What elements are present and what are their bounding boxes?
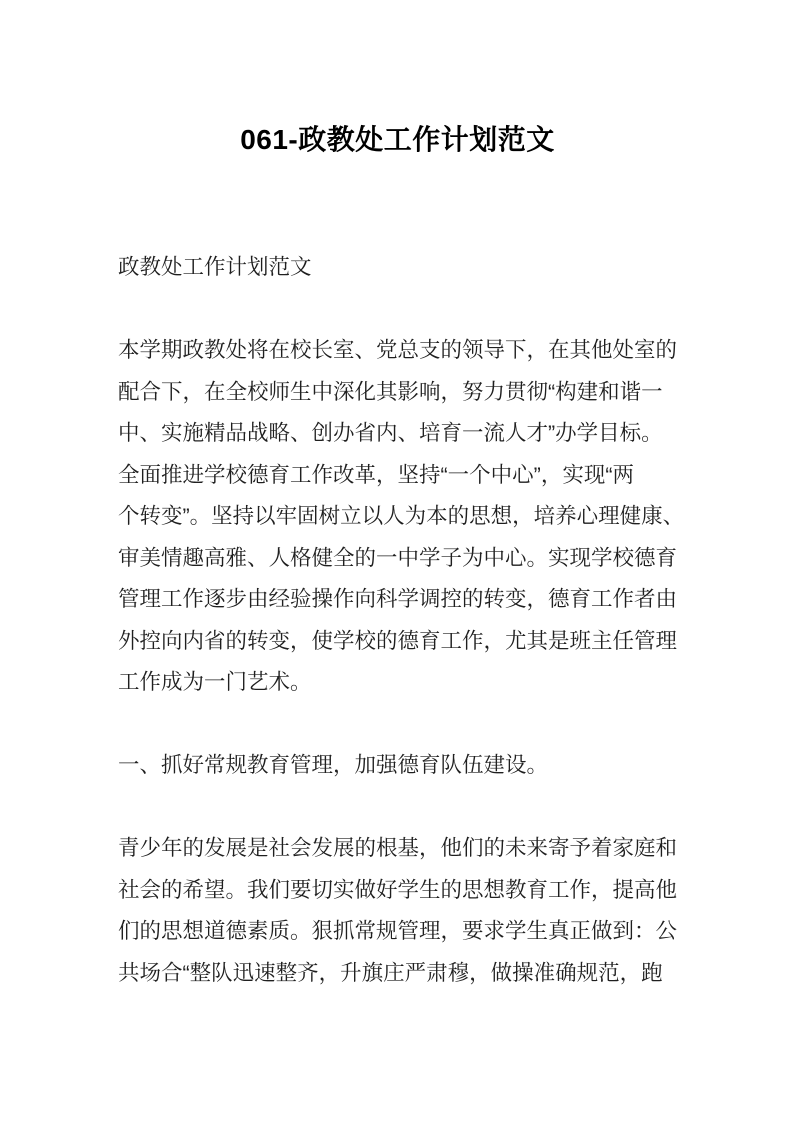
text-line: 全面推进学校德育工作改革，坚持“一个中心”，实现“两 xyxy=(118,455,677,497)
document-title: 061-政教处工作计划范文 xyxy=(118,118,677,162)
text-line: 共场合“整队迅速整齐，升旗庄严肃穆，做操准确规范，跑 xyxy=(118,953,677,995)
text-line: 中、实施精品战略、创办省内、培育一流人才”办学目标。 xyxy=(118,413,677,455)
text-line: 一、抓好常规教育管理，加强德育队伍建设。 xyxy=(118,745,677,787)
text-line: 外控向内省的转变，使学校的德育工作，尤其是班主任管理 xyxy=(118,621,677,663)
section-heading: 一、抓好常规教育管理，加强德育队伍建设。 xyxy=(118,745,677,787)
text-line: 管理工作逐步由经验操作向科学调控的转变，德育工作者由 xyxy=(118,579,677,621)
text-line: 们的思想道德素质。狠抓常规管理，要求学生真正做到：公 xyxy=(118,911,677,953)
paragraph-section-body: 青少年的发展是社会发展的根基，他们的未来寄予着家庭和 社会的希望。我们要切实做好… xyxy=(118,828,677,994)
text-line: 青少年的发展是社会发展的根基，他们的未来寄予着家庭和 xyxy=(118,828,677,870)
text-line: 工作成为一门艺术。 xyxy=(118,662,677,704)
text-line: 配合下，在全校师生中深化其影响，努力贯彻“构建和谐一 xyxy=(118,372,677,414)
paragraph-subtitle: 政教处工作计划范文 xyxy=(118,247,677,289)
text-line: 政教处工作计划范文 xyxy=(118,247,677,289)
text-line: 审美情趣高雅、人格健全的一中学子为中心。实现学校德育 xyxy=(118,538,677,580)
paragraph-intro: 本学期政教处将在校长室、党总支的领导下，在其他处室的 配合下，在全校师生中深化其… xyxy=(118,330,677,704)
text-line: 社会的希望。我们要切实做好学生的思想教育工作，提高他 xyxy=(118,870,677,912)
document-page: 061-政教处工作计划范文 政教处工作计划范文 本学期政教处将在校长室、党总支的… xyxy=(0,0,793,1122)
text-line: 本学期政教处将在校长室、党总支的领导下，在其他处室的 xyxy=(118,330,677,372)
text-line: 个转变”。坚持以牢固树立以人为本的思想，培养心理健康、 xyxy=(118,496,677,538)
